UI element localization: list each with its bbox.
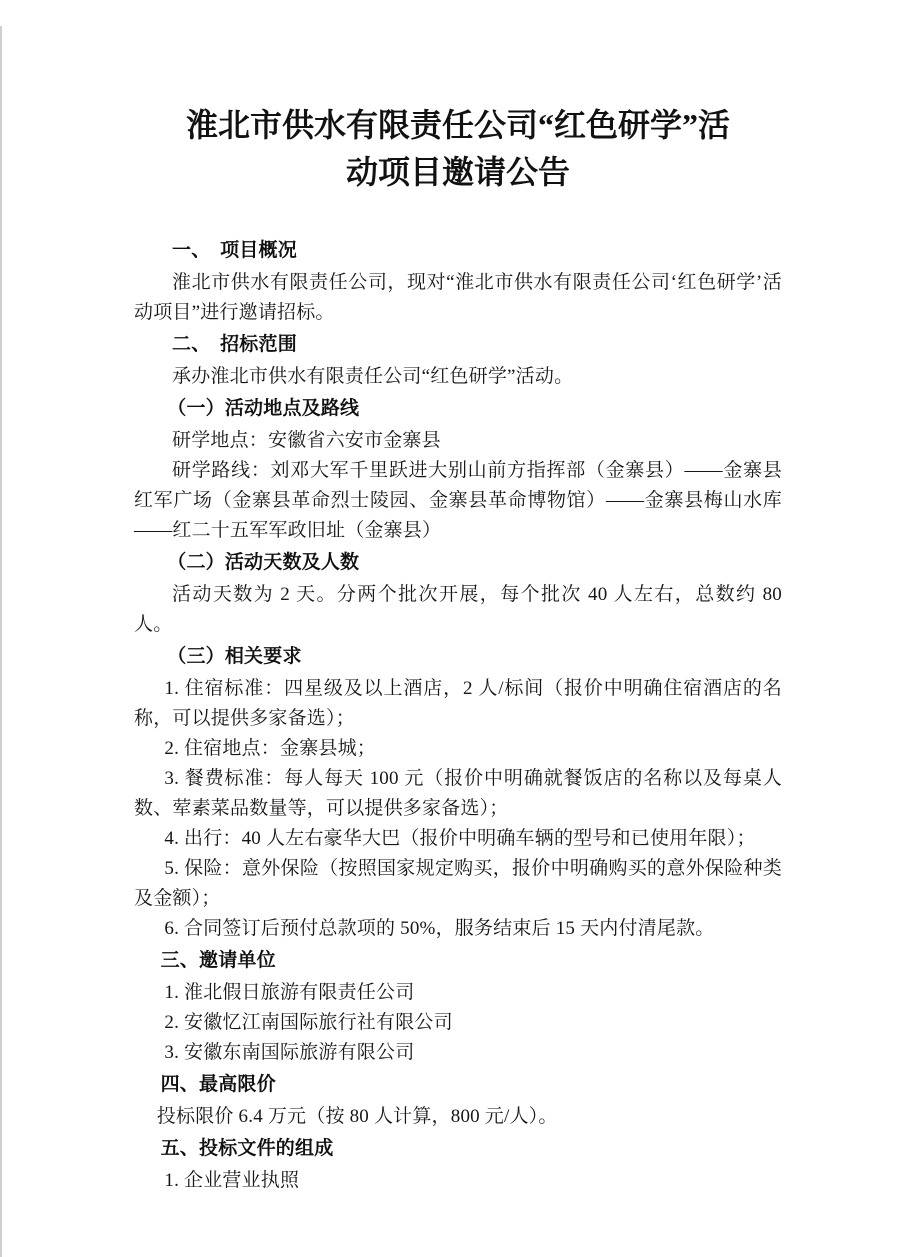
document-body: 一、 项目概况淮北市供水有限责任公司，现对“淮北市供水有限责任公司‘红色研学’活… bbox=[134, 236, 782, 1196]
doc-paragraph: 承办淮北市供水有限责任公司“红色研学”活动。 bbox=[134, 362, 782, 392]
doc-paragraph: 活动天数为 2 天。分两个批次开展，每个批次 40 人左右，总数约 80 人。 bbox=[134, 580, 782, 640]
doc-paragraph: 研学路线：刘邓大军千里跃进大别山前方指挥部（金寨县）——金寨县红军广场（金寨县革… bbox=[134, 456, 782, 546]
doc-list-item: 4. 出行：40 人左右豪华大巴（报价中明确车辆的型号和已使用年限）； bbox=[134, 824, 782, 854]
page-edge-line bbox=[0, 26, 2, 1257]
doc-heading: （二）活动天数及人数 bbox=[134, 548, 782, 578]
doc-heading: 二、 招标范围 bbox=[134, 330, 782, 360]
doc-list-item: 1. 住宿标准：四星级及以上酒店，2 人/标间（报价中明确住宿酒店的名称，可以提… bbox=[134, 674, 782, 734]
doc-heading: （一）活动地点及路线 bbox=[134, 394, 782, 424]
doc-list-item: 1. 淮北假日旅游有限责任公司 bbox=[134, 978, 782, 1008]
doc-list-item: 3. 安徽东南国际旅游有限公司 bbox=[134, 1038, 782, 1068]
doc-paragraph: 淮北市供水有限责任公司，现对“淮北市供水有限责任公司‘红色研学’活动项目”进行邀… bbox=[134, 268, 782, 328]
doc-list-item: 2. 住宿地点：金寨县城； bbox=[134, 734, 782, 764]
doc-list-item: 5. 保险：意外保险（按照国家规定购买，报价中明确购买的意外保险种类及金额）； bbox=[134, 854, 782, 914]
doc-paragraph: 投标限价 6.4 万元（按 80 人计算，800 元/人）。 bbox=[134, 1102, 782, 1132]
doc-list-item: 2. 安徽忆江南国际旅行社有限公司 bbox=[134, 1008, 782, 1038]
document-content: 淮北市供水有限责任公司“红色研学”活 动项目邀请公告 一、 项目概况淮北市供水有… bbox=[134, 102, 782, 1196]
title-line-1: 淮北市供水有限责任公司“红色研学”活 bbox=[134, 102, 782, 149]
document-page: 淮北市供水有限责任公司“红色研学”活 动项目邀请公告 一、 项目概况淮北市供水有… bbox=[0, 0, 900, 1257]
document-title: 淮北市供水有限责任公司“红色研学”活 动项目邀请公告 bbox=[134, 102, 782, 196]
doc-list-item: 3. 餐费标准：每人每天 100 元（报价中明确就餐饭店的名称以及每桌人数、荤素… bbox=[134, 764, 782, 824]
doc-heading: 四、最高限价 bbox=[134, 1070, 782, 1100]
title-line-2: 动项目邀请公告 bbox=[134, 149, 782, 196]
doc-heading: 一、 项目概况 bbox=[134, 236, 782, 266]
doc-heading: 五、投标文件的组成 bbox=[134, 1134, 782, 1164]
doc-list-item: 6. 合同签订后预付总款项的 50%，服务结束后 15 天内付清尾款。 bbox=[134, 914, 782, 944]
doc-heading: （三）相关要求 bbox=[134, 642, 782, 672]
doc-paragraph: 研学地点：安徽省六安市金寨县 bbox=[134, 426, 782, 456]
doc-heading: 三、邀请单位 bbox=[134, 946, 782, 976]
doc-list-item: 1. 企业营业执照 bbox=[134, 1166, 782, 1196]
